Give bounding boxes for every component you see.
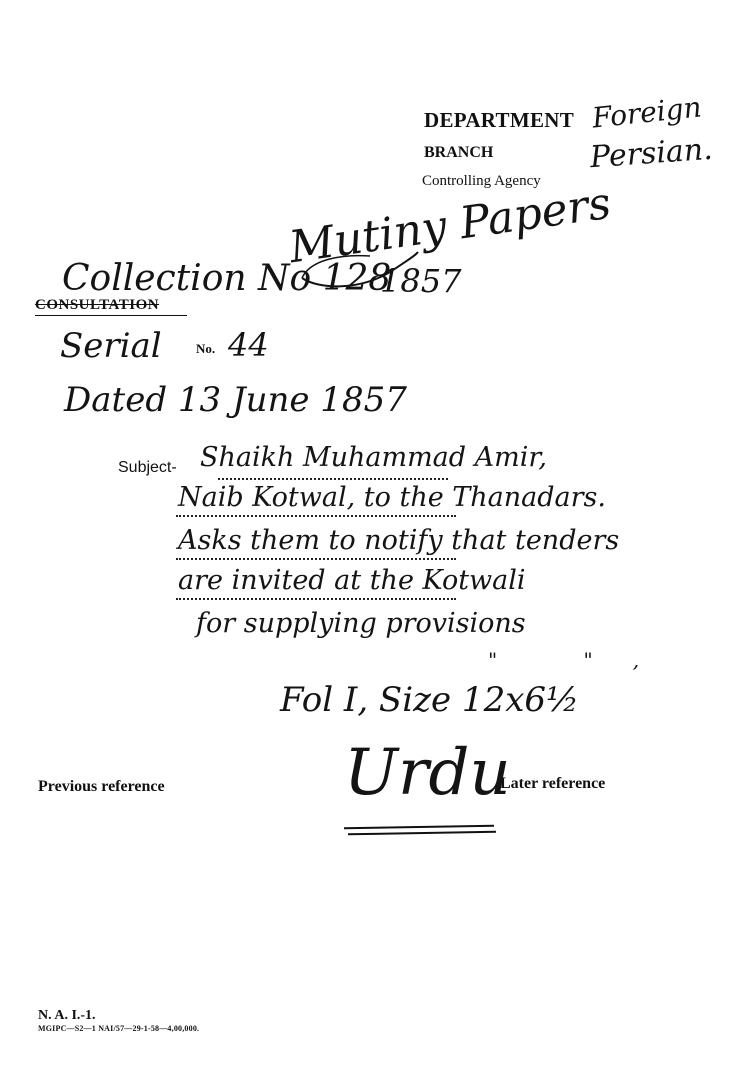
department-label: DEPARTMENT xyxy=(424,108,574,133)
later-reference-label: Later reference xyxy=(500,775,605,793)
date-line: Dated 13 June 1857 xyxy=(64,380,407,420)
language-underline xyxy=(344,825,494,830)
subject-line: are invited at the Kotwali xyxy=(178,565,526,596)
inch-marks: " ", xyxy=(488,648,679,672)
form-id: N. A. I.-1. xyxy=(38,1008,96,1024)
dotted-rule xyxy=(218,478,448,480)
language-value: Urdu xyxy=(344,736,511,810)
department-value: Foreign xyxy=(591,90,703,134)
print-code: MGIPC—S2—1 NAI/57—29-1-58—4,00,000. xyxy=(38,1024,199,1033)
dotted-rule xyxy=(176,558,456,560)
branch-label: BRANCH xyxy=(424,144,493,162)
dotted-rule xyxy=(176,598,456,600)
subject-label: Subject- xyxy=(118,459,177,477)
controlling-agency-label: Controlling Agency xyxy=(422,173,541,190)
branch-value: Persian. xyxy=(589,132,714,175)
collection-year: 1857 xyxy=(380,262,461,300)
previous-reference-label: Previous reference xyxy=(38,778,165,796)
serial-word: Serial xyxy=(60,326,162,366)
dotted-rule xyxy=(176,515,456,517)
subject-line: Asks them to notify that tenders xyxy=(178,525,619,556)
consultation-underline xyxy=(35,315,187,316)
subject-line: for supplying provisions xyxy=(196,608,526,639)
serial-number: 44 xyxy=(228,326,269,364)
subject-line: Naib Kotwal, to the Thanadars. xyxy=(178,482,606,513)
subject-line: Shaikh Muhammad Amir, xyxy=(200,442,547,473)
folio-size-line: Fol I, Size 12x6½ xyxy=(280,680,579,720)
language-underline xyxy=(348,831,496,836)
serial-no-label: No. xyxy=(196,341,215,357)
consultation-label-struck: CONSULTATION xyxy=(35,297,159,314)
